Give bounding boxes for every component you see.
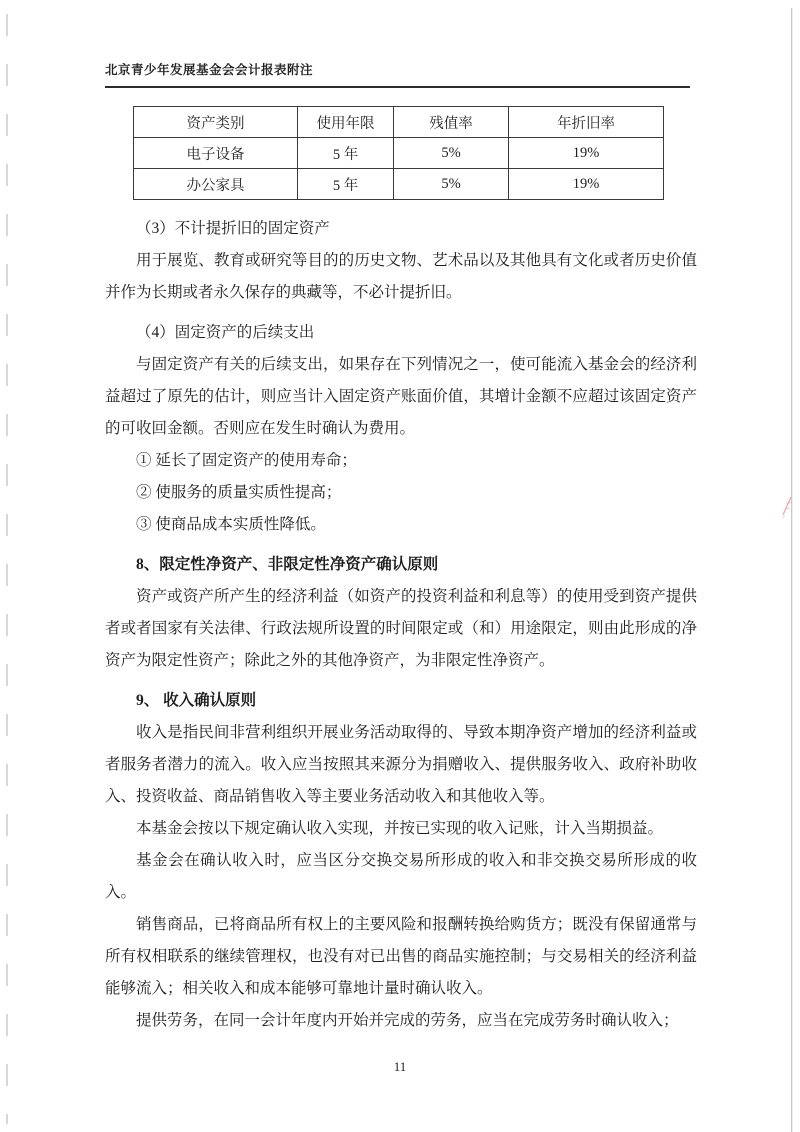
- table-cell: 19%: [509, 138, 664, 169]
- table-header-useful-life: 使用年限: [298, 107, 394, 138]
- table-cell: 办公家具: [134, 169, 298, 200]
- table-header-row: 资产类别 使用年限 残值率 年折旧率: [134, 107, 664, 138]
- table-cell: 5%: [394, 138, 509, 169]
- table-header-asset-category: 资产类别: [134, 107, 298, 138]
- document-header-title: 北京青少年发展基金会会计报表附注: [105, 60, 690, 88]
- paragraph-exchange-transactions: 基金会在确认收入时，应当区分交换交易所形成的收入和非交换交易所形成的收入。: [105, 845, 697, 909]
- table-header-annual-depreciation-rate: 年折旧率: [509, 107, 664, 138]
- paragraph-services: 提供劳务，在同一会计年度内开始并完成的劳务，应当在完成劳务时确认收入；: [105, 1005, 697, 1037]
- paragraph-revenue-recognition: 本基金会按以下规定确认收入实现，并按已实现的收入记账，计入当期损益。: [105, 813, 697, 845]
- table-cell: 电子设备: [134, 138, 298, 169]
- table-row: 电子设备 5 年 5% 19%: [134, 138, 664, 169]
- red-pen-mark: [779, 491, 797, 521]
- table-header-residual-rate: 残值率: [394, 107, 509, 138]
- list-item-3: ③ 使商品成本实质性降低。: [105, 509, 697, 541]
- table-row: 办公家具 5 年 5% 19%: [134, 169, 664, 200]
- paragraph-net-assets: 资产或资产所产生的经济利益（如资产的投资利益和利息等）的使用受到资产提供者或者国…: [105, 581, 697, 677]
- document-body: （3）不计提折旧的固定资产 用于展览、教育或研究等目的的历史文物、艺术品以及其他…: [105, 213, 697, 1037]
- section-9-heading: 9、 收入确认原则: [105, 685, 697, 717]
- section-8-heading: 8、限定性净资产、非限定性净资产确认原则: [105, 549, 697, 581]
- depreciation-table: 资产类别 使用年限 残值率 年折旧率 电子设备 5 年 5% 19% 办公家具 …: [133, 106, 664, 200]
- scan-edge-line: [791, 8, 792, 1132]
- scan-edge-marks: [6, 14, 8, 1124]
- subheading-no-depreciation-assets: （3）不计提折旧的固定资产: [105, 213, 697, 245]
- paragraph-subsequent-expenditure: 与固定资产有关的后续支出，如果存在下列情况之一，使可能流入基金会的经济利益超过了…: [105, 349, 697, 445]
- list-item-1: ① 延长了固定资产的使用寿命；: [105, 445, 697, 477]
- paragraph-goods-sales: 销售商品，已将商品所有权上的主要风险和报酬转换给购货方；既没有保留通常与所有权相…: [105, 909, 697, 1005]
- page-number: 11: [0, 1059, 800, 1075]
- list-item-2: ② 使服务的质量实质性提高；: [105, 477, 697, 509]
- paragraph-no-depreciation-assets: 用于展览、教育或研究等目的的历史文物、艺术品以及其他具有文化或者历史价值并作为长…: [105, 245, 697, 309]
- subheading-subsequent-expenditure: （4）固定资产的后续支出: [105, 317, 697, 349]
- table-cell: 19%: [509, 169, 664, 200]
- document-page: 北京青少年发展基金会会计报表附注 资产类别 使用年限 残值率 年折旧率 电子设备…: [105, 60, 697, 1037]
- table-cell: 5 年: [298, 138, 394, 169]
- table-cell: 5%: [394, 169, 509, 200]
- paragraph-revenue-definition: 收入是指民间非营利组织开展业务活动取得的、导致本期净资产增加的经济利益或者服务者…: [105, 717, 697, 813]
- table-cell: 5 年: [298, 169, 394, 200]
